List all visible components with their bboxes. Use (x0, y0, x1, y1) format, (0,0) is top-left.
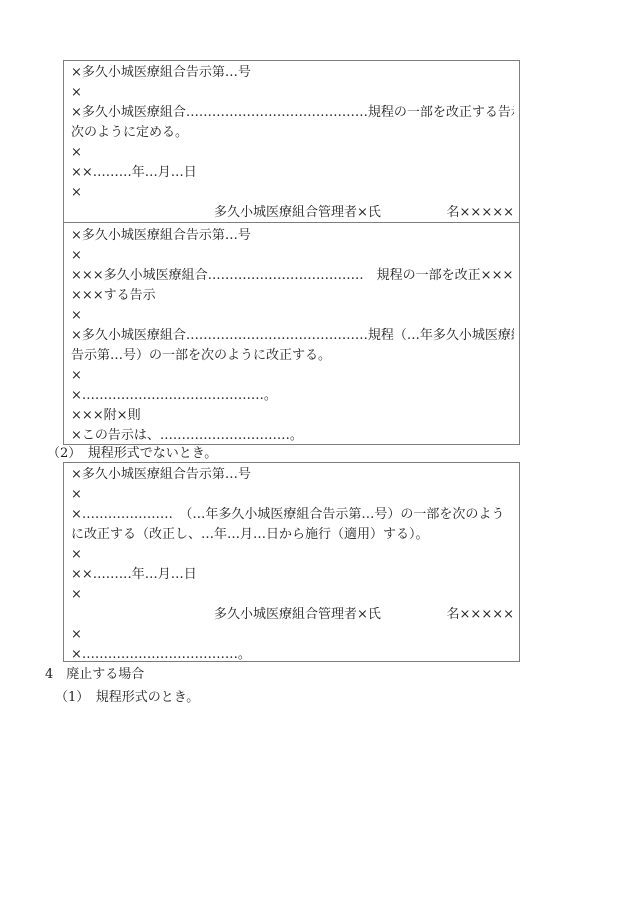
text-line: ×多久小城医療組合告示第…号 (71, 226, 514, 246)
text-line: × (71, 485, 514, 505)
text-line: × (71, 83, 514, 103)
text-line: × (71, 306, 514, 326)
section-heading-4: 4 廃止する場合 (45, 665, 144, 685)
text-line: × (71, 625, 514, 645)
text-line: ×多久小城医療組合……………………………………規程（…年多久小城医療組合 (71, 326, 514, 346)
text-line: ××………年…月…日 (71, 565, 514, 585)
text-line: × (71, 246, 514, 266)
signature-line: 多久小城医療組合管理者×氏 名××××× (214, 203, 514, 223)
notice-example-box-1: ×多久小城医療組合告示第…号 × ×多久小城医療組合……………………………………… (63, 60, 520, 223)
text-line: ×………………… （…年多久小城医療組合告示第…号）の一部を次のよう (71, 505, 514, 525)
signature-line: 多久小城医療組合管理者×氏 名××××× (214, 605, 514, 625)
text-line: ×この告示は、…………………………。 (71, 426, 514, 446)
item-label-1: （1） 規程形式のとき。 (55, 688, 199, 708)
text-line: ×××多久小城医療組合……………………………… 規程の一部を改正××× (71, 266, 514, 286)
text-line: × (71, 183, 514, 203)
signature-title: 多久小城医療組合管理者×氏 (214, 203, 381, 223)
text-line: ×××する告示 (71, 286, 514, 306)
signature-name: 名××××× (447, 605, 514, 625)
text-line: ××………年…月…日 (71, 163, 514, 183)
text-line: ×多久小城医療組合告示第…号 (71, 63, 514, 83)
text-line: ×多久小城医療組合……………………………………規程の一部を改正する告示を (71, 103, 514, 123)
text-line: ×………………………………。 (71, 645, 514, 665)
text-line: ×……………………………………。 (71, 386, 514, 406)
text-line: × (71, 143, 514, 163)
notice-example-box-3: ×多久小城医療組合告示第…号 × ×………………… （…年多久小城医療組合告示第… (63, 462, 520, 662)
text-line: ×××附×則 (71, 406, 514, 426)
text-line: に改正する（改正し、…年…月…日から施行（適用）する）。 (71, 525, 514, 545)
text-line: ×多久小城医療組合告示第…号 (71, 465, 514, 485)
item-label-2: （2） 規程形式でないとき。 (47, 445, 217, 462)
text-line: × (71, 585, 514, 605)
text-line: 告示第…号）の一部を次のように改正する。 (71, 346, 514, 366)
signature-title: 多久小城医療組合管理者×氏 (214, 605, 381, 625)
document-page: ×多久小城医療組合告示第…号 × ×多久小城医療組合……………………………………… (0, 0, 630, 903)
notice-example-box-2: ×多久小城医療組合告示第…号 × ×××多久小城医療組合………………………………… (63, 222, 520, 445)
signature-name: 名××××× (447, 203, 514, 223)
text-line: × (71, 545, 514, 565)
text-line: 次のように定める。 (71, 123, 514, 143)
text-line: × (71, 366, 514, 386)
